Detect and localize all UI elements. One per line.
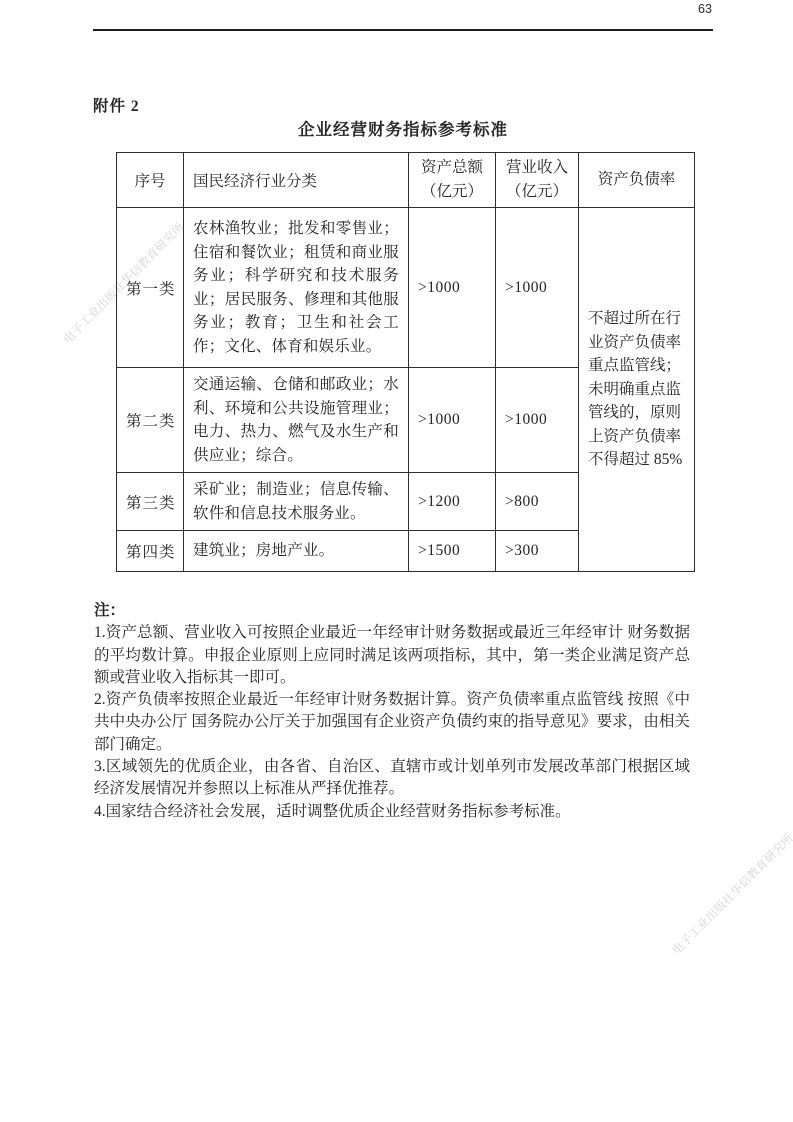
watermark-text: 电子工业出版社华信教育研究所 <box>669 830 793 958</box>
total-assets-cell: >1200 <box>409 473 496 531</box>
document-page: 电子工业出版社华信教育研究所 电子工业出版社华信教育研究所 63 附件 2 企业… <box>0 0 793 1122</box>
revenue-cell: >1000 <box>496 368 579 473</box>
attachment-label: 附件 2 <box>93 94 140 116</box>
header-rule <box>93 29 713 31</box>
revenue-cell: >800 <box>496 473 579 531</box>
category-cell: 第三类 <box>117 473 184 531</box>
note-item: 1.资产总额、营业收入可按照企业最近一年经审计财务数据或最近三年经审计 财务数据… <box>94 622 690 689</box>
notes-label: 注： <box>94 600 690 622</box>
page-number: 63 <box>698 2 712 16</box>
financial-standards-table: 序号 国民经济行业分类 资产总额 （亿元） 营业收入 （亿元） 资产负债率 第一… <box>116 152 695 572</box>
note-item: 4.国家结合经济社会发展，适时调整优质企业经营财务指标参考标准。 <box>94 801 690 823</box>
notes-section: 注： 1.资产总额、营业收入可按照企业最近一年经审计财务数据或最近三年经审计 财… <box>94 600 690 823</box>
industries-cell: 交通运输、仓储和邮政业；水利、环境和公共设施管理业；电力、热力、燃气及水生产和供… <box>184 368 409 473</box>
table-header-row: 序号 国民经济行业分类 资产总额 （亿元） 营业收入 （亿元） 资产负债率 <box>117 153 695 208</box>
note-item: 3.区域领先的优质企业，由各省、自治区、直辖市或计划单列市发展改革部门根据区域经… <box>94 756 690 801</box>
col-header-seq: 序号 <box>117 153 184 208</box>
category-cell: 第四类 <box>117 531 184 572</box>
industries-cell: 建筑业；房地产业。 <box>184 531 409 572</box>
total-assets-cell: >1000 <box>409 208 496 368</box>
col-header-debt-ratio: 资产负债率 <box>579 153 695 208</box>
page-title: 企业经营财务指标参考标准 <box>93 116 713 140</box>
debt-ratio-cell: 不超过所在行业资产负债率重点监管线；未明确重点监管线的，原则上资产负债率不得超过… <box>579 208 695 572</box>
note-item: 2.资产负债率按照企业最近一年经审计财务数据计算。资产负债率重点监管线 按照《中… <box>94 689 690 756</box>
table-row: 第一类 农林渔牧业；批发和零售业；住宿和餐饮业；租赁和商业服务业；科学研究和技术… <box>117 208 695 368</box>
total-assets-cell: >1000 <box>409 368 496 473</box>
category-cell: 第二类 <box>117 368 184 473</box>
revenue-cell: >300 <box>496 531 579 572</box>
col-header-industry: 国民经济行业分类 <box>184 153 409 208</box>
revenue-cell: >1000 <box>496 208 579 368</box>
industries-cell: 农林渔牧业；批发和零售业；住宿和餐饮业；租赁和商业服务业；科学研究和技术服务业；… <box>184 208 409 368</box>
category-cell: 第一类 <box>117 208 184 368</box>
col-header-total-assets: 资产总额 （亿元） <box>409 153 496 208</box>
col-header-revenue: 营业收入 （亿元） <box>496 153 579 208</box>
industries-cell: 采矿业；制造业；信息传输、软件和信息技术服务业。 <box>184 473 409 531</box>
total-assets-cell: >1500 <box>409 531 496 572</box>
